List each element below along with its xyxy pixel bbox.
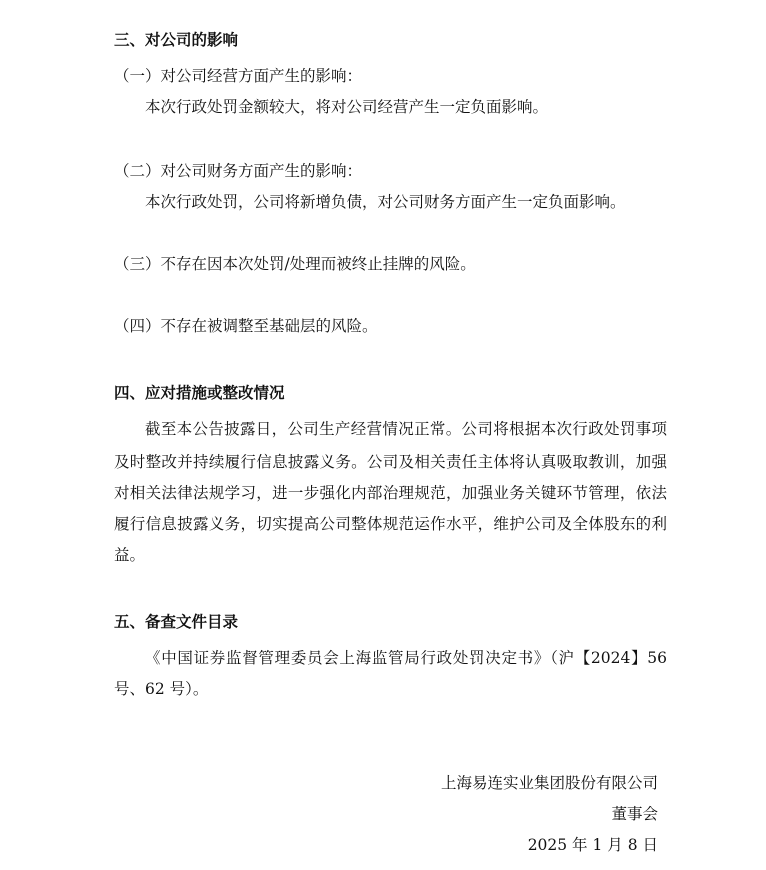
reference-doc-line-1: 《中国证券监督管理委员会上海监管局行政处罚决定书》（沪【2024】56 [145, 648, 667, 668]
subsection-title-finance: （二）对公司财务方面产生的影响： [114, 161, 362, 181]
signature-date: 2025 年 1 月 8 日 [528, 835, 658, 855]
section-heading-reference-docs: 五、备查文件目录 [114, 612, 238, 632]
subsection-body-operations: 本次行政处罚金额较大，将对公司经营产生一定负面影响。 [145, 97, 548, 117]
subsection-body-finance: 本次行政处罚，公司将新增负债，对公司财务方面产生一定负面影响。 [145, 192, 626, 212]
signature-company: 上海易连实业集团股份有限公司 [441, 773, 658, 793]
measures-line-3: 对相关法律法规学习，进一步强化内部治理规范，加强业务关键环节管理，依法 [114, 483, 667, 503]
reference-doc-line-2: 号、62 号）。 [114, 679, 208, 699]
measures-line-5: 益。 [114, 545, 145, 565]
subsection-base-layer-risk: （四）不存在被调整至基础层的风险。 [114, 316, 378, 336]
signature-board: 董事会 [611, 804, 658, 824]
measures-line-4: 履行信息披露义务，切实提高公司整体规范运作水平，维护公司及全体股东的利 [114, 514, 667, 534]
measures-line-2: 及时整改并持续履行信息披露义务。公司及相关责任主体将认真吸取教训，加强 [114, 452, 667, 472]
section-heading-measures: 四、应对措施或整改情况 [114, 383, 285, 403]
section-heading-impact: 三、对公司的影响 [114, 30, 238, 50]
measures-line-1: 截至本公告披露日，公司生产经营情况正常。公司将根据本次行政处罚事项 [145, 419, 667, 439]
subsection-delisting-risk: （三）不存在因本次处罚/处理而被终止挂牌的风险。 [114, 254, 476, 274]
subsection-title-operations: （一）对公司经营方面产生的影响： [114, 66, 362, 86]
